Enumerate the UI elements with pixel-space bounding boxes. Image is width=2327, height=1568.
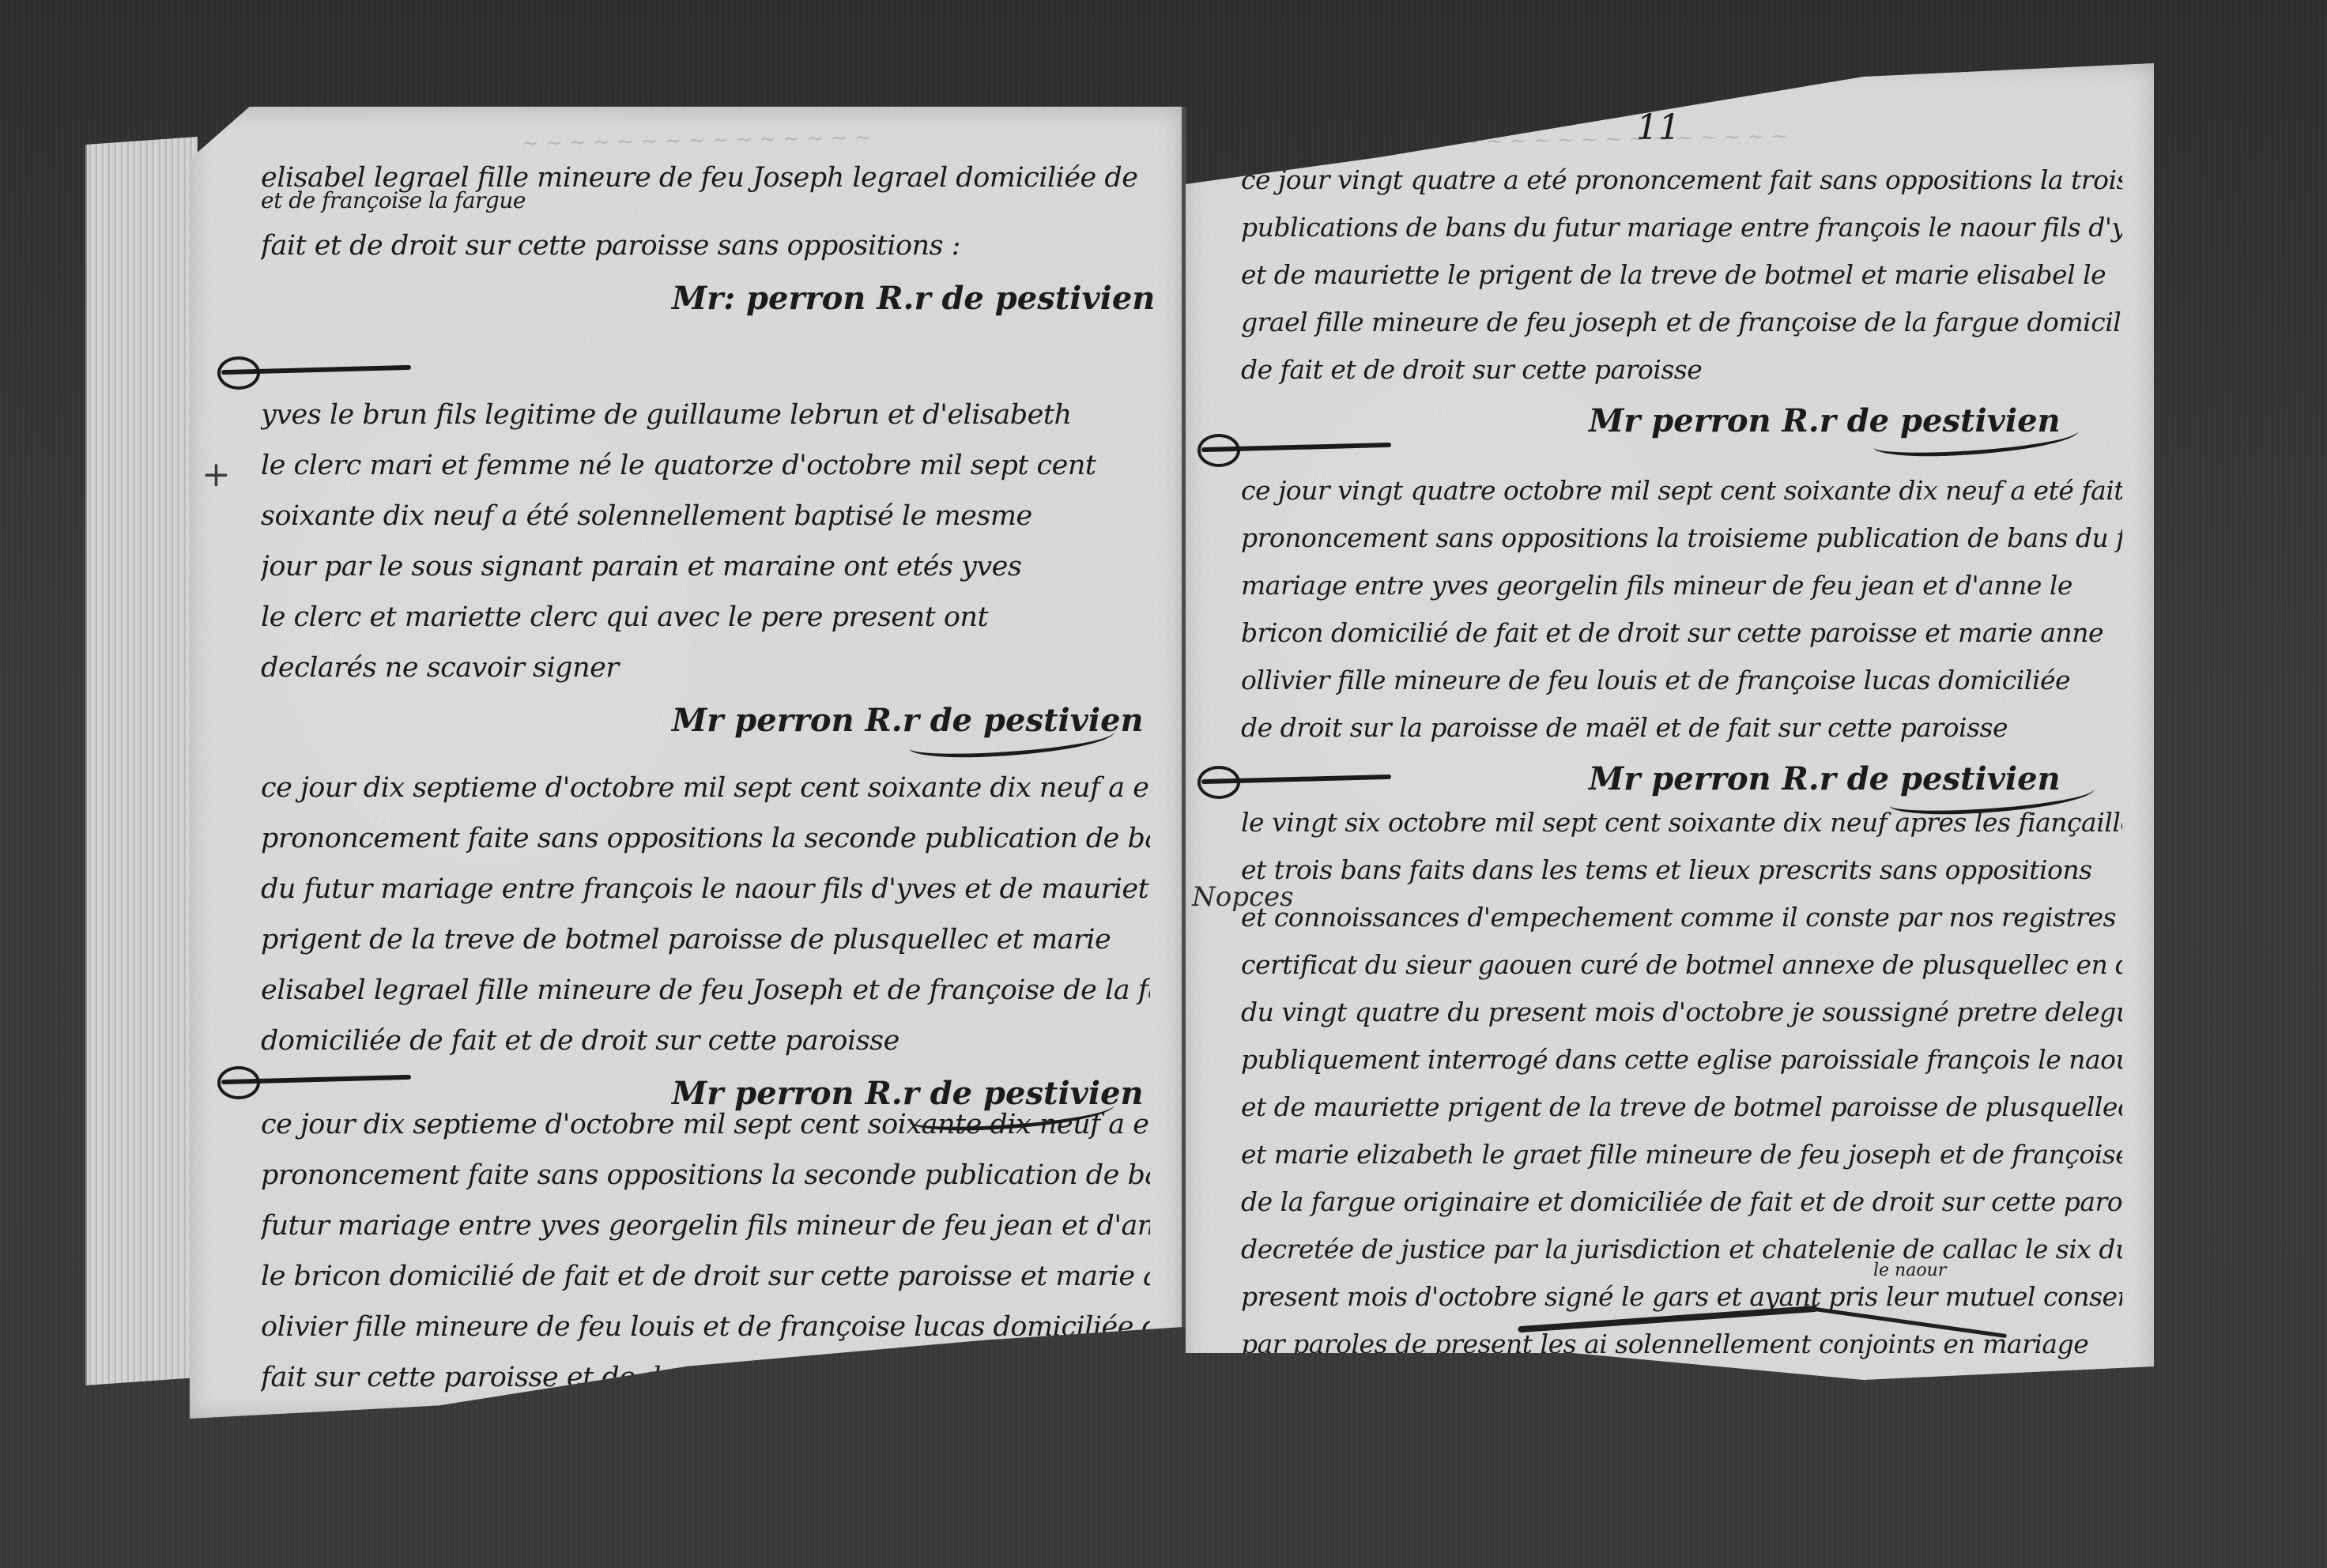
entry-line: du vingt quatre du present mois d'octobr… xyxy=(1241,989,2122,1036)
entry-banns-continuation: elisabel legrael fille mineure de feu Jo… xyxy=(261,153,1150,326)
priest-signature: Mr: perron R.r de pestivien xyxy=(261,271,1150,326)
entry-line: bricon domicilié de fait et de droit sur… xyxy=(1241,609,2122,657)
entry-line: decretée de justice par la jurisdiction … xyxy=(1241,1226,2122,1273)
entry-line: ce jour vingt quatre octobre mil sept ce… xyxy=(1241,467,2122,514)
entry-marriage: Nopces le naour mutuel le vingt six octo… xyxy=(1241,786,2122,1532)
entry-line: prigent de la treve de botmel paroisse d… xyxy=(261,914,1150,965)
signature-text: Mr perron R.r de pestivien xyxy=(624,1412,1096,1449)
bleed-through-text: ~ ~ ~ ~ ~ ~ ~ ~ ~ ~ ~ ~ ~ ~ ~ ~ ~ xyxy=(1391,125,1789,156)
entry-separator-flourish xyxy=(1241,431,2122,467)
entry-separator-flourish xyxy=(261,353,1150,390)
entry-line: de fait et de droit sur cette paroisse xyxy=(1241,346,2122,394)
entry-line: publiquement interrogé dans cette eglise… xyxy=(1241,1036,2122,1084)
entry-line: et connoissances d'empechement comme il … xyxy=(1241,894,2122,941)
entry-baptism: + yves le brun fils legitime de guillaum… xyxy=(261,353,1150,748)
entry-line: present mois d'octobre signé le gars et … xyxy=(1241,1273,2122,1321)
entry-line: futur mariage entre yves georgelin fils … xyxy=(261,1200,1150,1251)
entry-line: publications de bans du futur mariage en… xyxy=(1241,204,2122,251)
entry-line: jour par le sous signant parain et marai… xyxy=(261,541,1150,592)
entry-line: soixante dix neuf a été solennellement b… xyxy=(261,491,1150,541)
entry-line: certificat du sieur gaouen curé de botme… xyxy=(1241,941,2122,989)
entry-line: domiciliée de fait et de droit sur cette… xyxy=(261,1016,1150,1066)
cross-mark-icon: + xyxy=(202,454,231,495)
entry-line: et trois bans faits dans les tems et lie… xyxy=(1241,846,2122,894)
right-page: ~ ~ ~ ~ ~ ~ ~ ~ ~ ~ ~ ~ ~ ~ ~ ~ ~ 11 ce … xyxy=(1186,63,2154,1407)
entry-banns-third-publication-naour: ce jour vingt quatre a eté prononcement … xyxy=(1241,156,2122,449)
entry-line: olivier fille mineure de feu louis et de… xyxy=(261,1302,1150,1352)
book-page-edges xyxy=(85,137,198,1385)
entry-line: mariage entre yves georgelin fils mineur… xyxy=(1241,562,2122,609)
entry-line: ollivier fille mineure de feu louis et d… xyxy=(1241,657,2122,704)
entry-line: declarés ne scavoir signer xyxy=(261,643,1150,693)
entry-line: cinq du present mois d'octobre signée yv… xyxy=(1241,1498,2122,1532)
entry-line: et marie elizabeth le graet fille mineur… xyxy=(1241,1131,2122,1178)
entry-line: fait sur cette paroisse et de droit sur … xyxy=(261,1352,1150,1403)
entry-line: le bricon domicilié de fait et de droit … xyxy=(261,1251,1150,1302)
entry-line: prononcement faite sans oppositions la s… xyxy=(261,813,1150,864)
entry-line: grael fille mineure de feu joseph et de … xyxy=(1241,299,2122,346)
entry-separator-flourish xyxy=(261,1063,1150,1099)
margin-note-nopces: Nopces xyxy=(1192,881,1294,913)
entry-line: prononcement faite sans oppositions la s… xyxy=(261,1150,1150,1200)
entry-line: le clerc mari et femme né le quatorze d'… xyxy=(261,440,1150,491)
entry-line: elisabel legrael fille mineure de feu Jo… xyxy=(261,965,1150,1016)
signature-text: Mr: perron R.r de pestivien xyxy=(672,280,1155,317)
entry-line: et de mauriette prigent de la treve de b… xyxy=(1241,1084,2122,1131)
entry-line: fait et de droit sur cette paroisse sans… xyxy=(261,220,1150,271)
entry-line: ce jour dix septieme d'octobre mil sept … xyxy=(261,1099,1150,1150)
folio-number: 11 xyxy=(1636,107,1680,148)
entry-line: ce jour dix septieme d'octobre mil sept … xyxy=(261,763,1150,813)
entry-banns-third-publication-georgelin: ce jour vingt quatre octobre mil sept ce… xyxy=(1241,462,2122,807)
entry-line: par paroles de present les ai solennelle… xyxy=(1241,1321,2122,1368)
entry-line: du futur mariage entre françois le naour… xyxy=(261,864,1150,914)
entry-line: et de mauriette le prigent de la treve d… xyxy=(1241,251,2122,299)
interlinear-insertion: mutuel xyxy=(1810,1498,1872,1517)
entry-line: de droit sur la paroisse de maël et de f… xyxy=(1241,704,2122,752)
priest-signature: Mr perron R.r de pestivien xyxy=(261,1403,1150,1458)
entry-line: de la fargue originaire et domiciliée de… xyxy=(1241,1178,2122,1226)
left-page: ~ ~ ~ ~ ~ ~ ~ ~ ~ ~ ~ ~ ~ ~ ~ elisabel l… xyxy=(190,107,1186,1419)
entry-line: le clerc et mariette clerc qui avec le p… xyxy=(261,592,1150,643)
entry-line: en presence et du consentement de franço… xyxy=(1241,1368,2122,1415)
entry-line: de la nouvelle mariée et du consentement… xyxy=(1241,1415,2122,1463)
entry-line: yves le brun fils legitime de guillaume … xyxy=(261,390,1150,440)
entry-line: marié selon sa procuration par devant no… xyxy=(1241,1463,2122,1498)
interlinear-insertion: le naour xyxy=(1873,1261,1946,1280)
bleed-through-text: ~ ~ ~ ~ ~ ~ ~ ~ ~ ~ ~ ~ ~ ~ ~ xyxy=(522,126,872,156)
entry-banns-second-publication-georgelin: ce jour dix septieme d'octobre mil sept … xyxy=(261,1095,1150,1458)
priest-signature: Mr perron R.r de pestivien xyxy=(261,693,1150,748)
entry-line: ce jour vingt quatre a eté prononcement … xyxy=(1241,156,2122,204)
entry-separator-flourish xyxy=(1241,763,2122,799)
entry-line: prononcement sans oppositions la troisie… xyxy=(1241,514,2122,562)
entry-line: le vingt six octobre mil sept cent soixa… xyxy=(1241,799,2122,846)
